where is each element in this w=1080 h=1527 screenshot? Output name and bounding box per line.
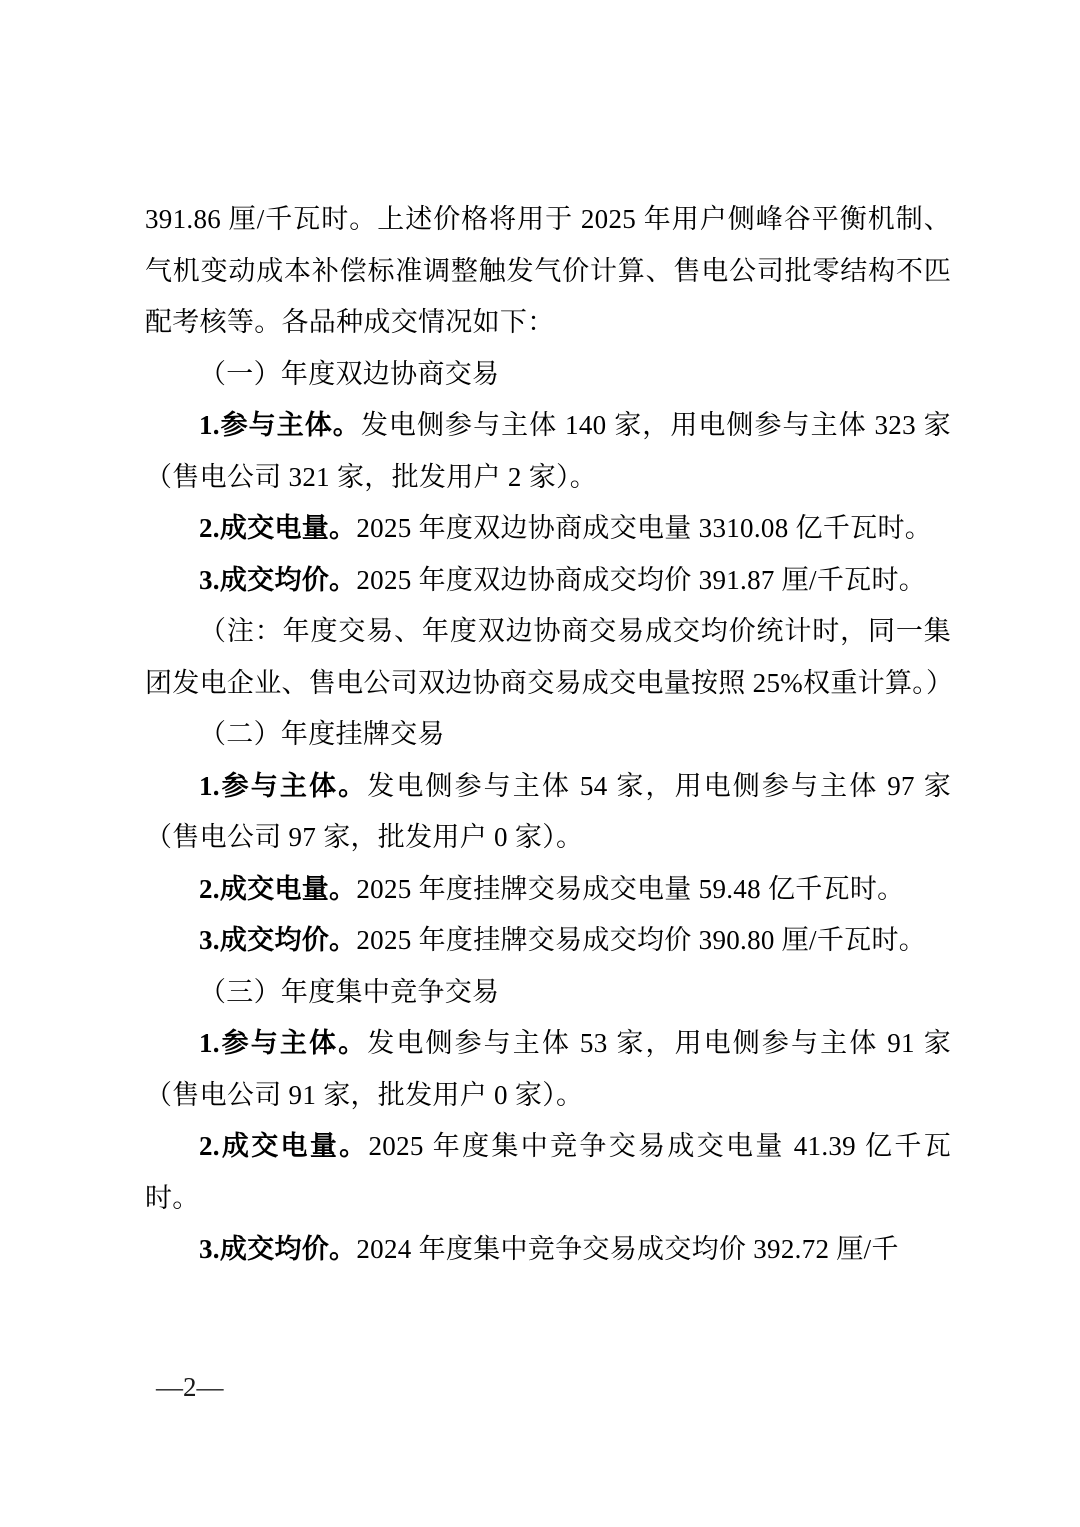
paragraph-text: 2024 年度集中竞争交易成交均价 392.72 厘/千 bbox=[356, 1234, 898, 1264]
paragraph-lead-label: 3.成交均价。 bbox=[199, 1234, 356, 1264]
paragraph-lead-label: 1.参与主体。 bbox=[199, 1028, 367, 1058]
paragraph-lead-label: 1.参与主体。 bbox=[199, 410, 361, 440]
paragraph-text: 2025 年度挂牌交易成交电量 59.48 亿千瓦时。 bbox=[356, 874, 904, 904]
heading-section-2-listing: （二）年度挂牌交易 bbox=[145, 709, 951, 761]
page-number: —2— bbox=[156, 1372, 224, 1402]
para-continuation-summary: 391.86 厘/千瓦时。上述价格将用于 2025 年用户侧峰谷平衡机制、气机变… bbox=[145, 194, 951, 349]
para-section1-participants: 1.参与主体。发电侧参与主体 140 家，用电侧参与主体 323 家（售电公司 … bbox=[145, 400, 951, 503]
para-section3-volume: 2.成交电量。2025 年度集中竞争交易成交电量 41.39 亿千瓦时。 bbox=[145, 1121, 951, 1224]
para-section2-price: 3.成交均价。2025 年度挂牌交易成交均价 390.80 厘/千瓦时。 bbox=[145, 915, 951, 967]
paragraph-text: 391.86 厘/千瓦时。上述价格将用于 2025 年用户侧峰谷平衡机制、气机变… bbox=[145, 204, 951, 337]
paragraph-lead-label: 2.成交电量。 bbox=[199, 874, 356, 904]
paragraph-text: 2025 年度双边协商成交电量 3310.08 亿千瓦时。 bbox=[356, 513, 932, 543]
para-section1-price: 3.成交均价。2025 年度双边协商成交均价 391.87 厘/千瓦时。 bbox=[145, 555, 951, 607]
paragraph-text: 2025 年度挂牌交易成交均价 390.80 厘/千瓦时。 bbox=[356, 925, 926, 955]
heading-section-1-bilateral: （一）年度双边协商交易 bbox=[145, 349, 951, 401]
paragraph-text: （三）年度集中竞争交易 bbox=[199, 977, 499, 1007]
paragraph-lead-label: 2.成交电量。 bbox=[199, 513, 356, 543]
paragraph-lead-label: 3.成交均价。 bbox=[199, 565, 356, 595]
paragraph-text: （注：年度交易、年度双边协商交易成交均价统计时，同一集团发电企业、售电公司双边协… bbox=[145, 616, 953, 698]
para-section3-price: 3.成交均价。2024 年度集中竞争交易成交均价 392.72 厘/千 bbox=[145, 1224, 951, 1276]
paragraph-lead-label: 1.参与主体。 bbox=[199, 771, 367, 801]
document-body: 391.86 厘/千瓦时。上述价格将用于 2025 年用户侧峰谷平衡机制、气机变… bbox=[145, 194, 951, 1276]
para-section1-note: （注：年度交易、年度双边协商交易成交均价统计时，同一集团发电企业、售电公司双边协… bbox=[145, 606, 951, 709]
para-section3-participants: 1.参与主体。发电侧参与主体 53 家，用电侧参与主体 91 家（售电公司 91… bbox=[145, 1018, 951, 1121]
paragraph-text: （二）年度挂牌交易 bbox=[199, 719, 445, 749]
paragraph-text: 2025 年度双边协商成交均价 391.87 厘/千瓦时。 bbox=[356, 565, 926, 595]
paragraph-lead-label: 2.成交电量。 bbox=[199, 1131, 369, 1161]
paragraph-text: （一）年度双边协商交易 bbox=[199, 359, 499, 389]
heading-section-3-centralized: （三）年度集中竞争交易 bbox=[145, 967, 951, 1019]
para-section1-volume: 2.成交电量。2025 年度双边协商成交电量 3310.08 亿千瓦时。 bbox=[145, 503, 951, 555]
para-section2-participants: 1.参与主体。发电侧参与主体 54 家，用电侧参与主体 97 家（售电公司 97… bbox=[145, 761, 951, 864]
document-page: 391.86 厘/千瓦时。上述价格将用于 2025 年用户侧峰谷平衡机制、气机变… bbox=[0, 0, 1080, 1527]
paragraph-lead-label: 3.成交均价。 bbox=[199, 925, 356, 955]
para-section2-volume: 2.成交电量。2025 年度挂牌交易成交电量 59.48 亿千瓦时。 bbox=[145, 864, 951, 916]
